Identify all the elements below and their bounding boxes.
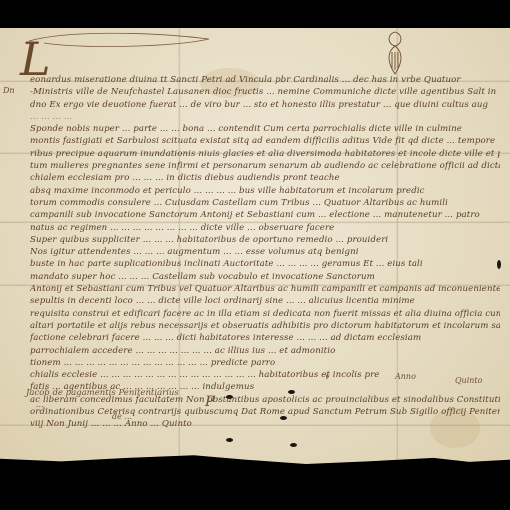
charter-text: eonardus miseratione diuina tt Sancti Pe… [30, 74, 500, 431]
text-line: requisita construi et edificari facere a… [30, 308, 500, 319]
text-line: sepultis in decenti loco ... ... dicte v… [30, 296, 500, 307]
text-line: factione celebrari facere ... ... ... di… [30, 333, 500, 344]
text-line: chialem ecclesiam pro ... ... ... in dic… [30, 173, 500, 184]
margin-note: Dn [3, 86, 15, 95]
text-line: parrochialem accedere ... ... ... ... ..… [30, 345, 500, 356]
subscription-signature: de ... [112, 412, 132, 421]
decorative-flourish [24, 29, 224, 51]
text-line: buste in hac parte suplicationibus incli… [30, 259, 500, 270]
text-line: viij Non Junij ... ... ... Anno ... Quin… [30, 419, 500, 430]
seal-monogram-icon [383, 30, 407, 78]
marginal-mark: v [325, 372, 330, 381]
marginal-mark: P [205, 394, 214, 410]
text-line: torum commodis consulere ... Cuiusdam Ca… [30, 197, 500, 208]
parchment-hole [290, 443, 297, 447]
text-line: mandato super hoc ... ... ... Castellam … [30, 271, 500, 282]
subscription-signature: ... [36, 400, 44, 409]
text-line: Sponde nobis nuper ... parte ... ... bon… [30, 124, 500, 135]
text-line: Nos igitur attendentes ... ... ... augme… [30, 247, 500, 258]
marginal-mark: Quinto [455, 376, 482, 385]
text-line: ... ... ... ... [30, 111, 500, 122]
text-line: montis fastigiati et Sarbulosi scituata … [30, 136, 500, 147]
text-line: tionem ... ... ... ... ... ... ... ... .… [30, 357, 500, 368]
text-line: natus ac regimen ... ... ... ... ... ...… [30, 222, 500, 233]
subscription-signature: Jacob de pagamentis Penitentiarius [26, 388, 179, 398]
text-line: absq maxime inconmodo et periculo ... ..… [30, 185, 500, 196]
text-line: eonardus miseratione diuina tt Sancti Pe… [30, 74, 500, 85]
text-line: dno Ex ergo vie deuotione fuerat ... de … [30, 99, 500, 110]
marginal-mark: Anno [395, 372, 416, 381]
text-line: tum mulieres pregnantes sene infirmi et … [30, 161, 500, 172]
text-line: ribus precipue aquarum inundationis niui… [30, 148, 500, 159]
text-line: Antonij et Sebastiani cum Tribus vel Qua… [30, 284, 500, 295]
parchment-hole [226, 438, 233, 442]
text-line: chialis ecclesie ... ... ... ... ... ...… [30, 370, 500, 381]
text-line: campanili sub invocatione Sanctorum Anto… [30, 210, 500, 221]
text-line: Super quibus suppliciter ... ... ... hab… [30, 234, 500, 245]
text-line: -Ministris ville de Neufchastel Lausanen… [30, 87, 500, 98]
text-line: ordinationibus Ceterisq contrarijs quibu… [30, 407, 500, 418]
text-line: altari portatile et alijs rebus necessar… [30, 320, 500, 331]
